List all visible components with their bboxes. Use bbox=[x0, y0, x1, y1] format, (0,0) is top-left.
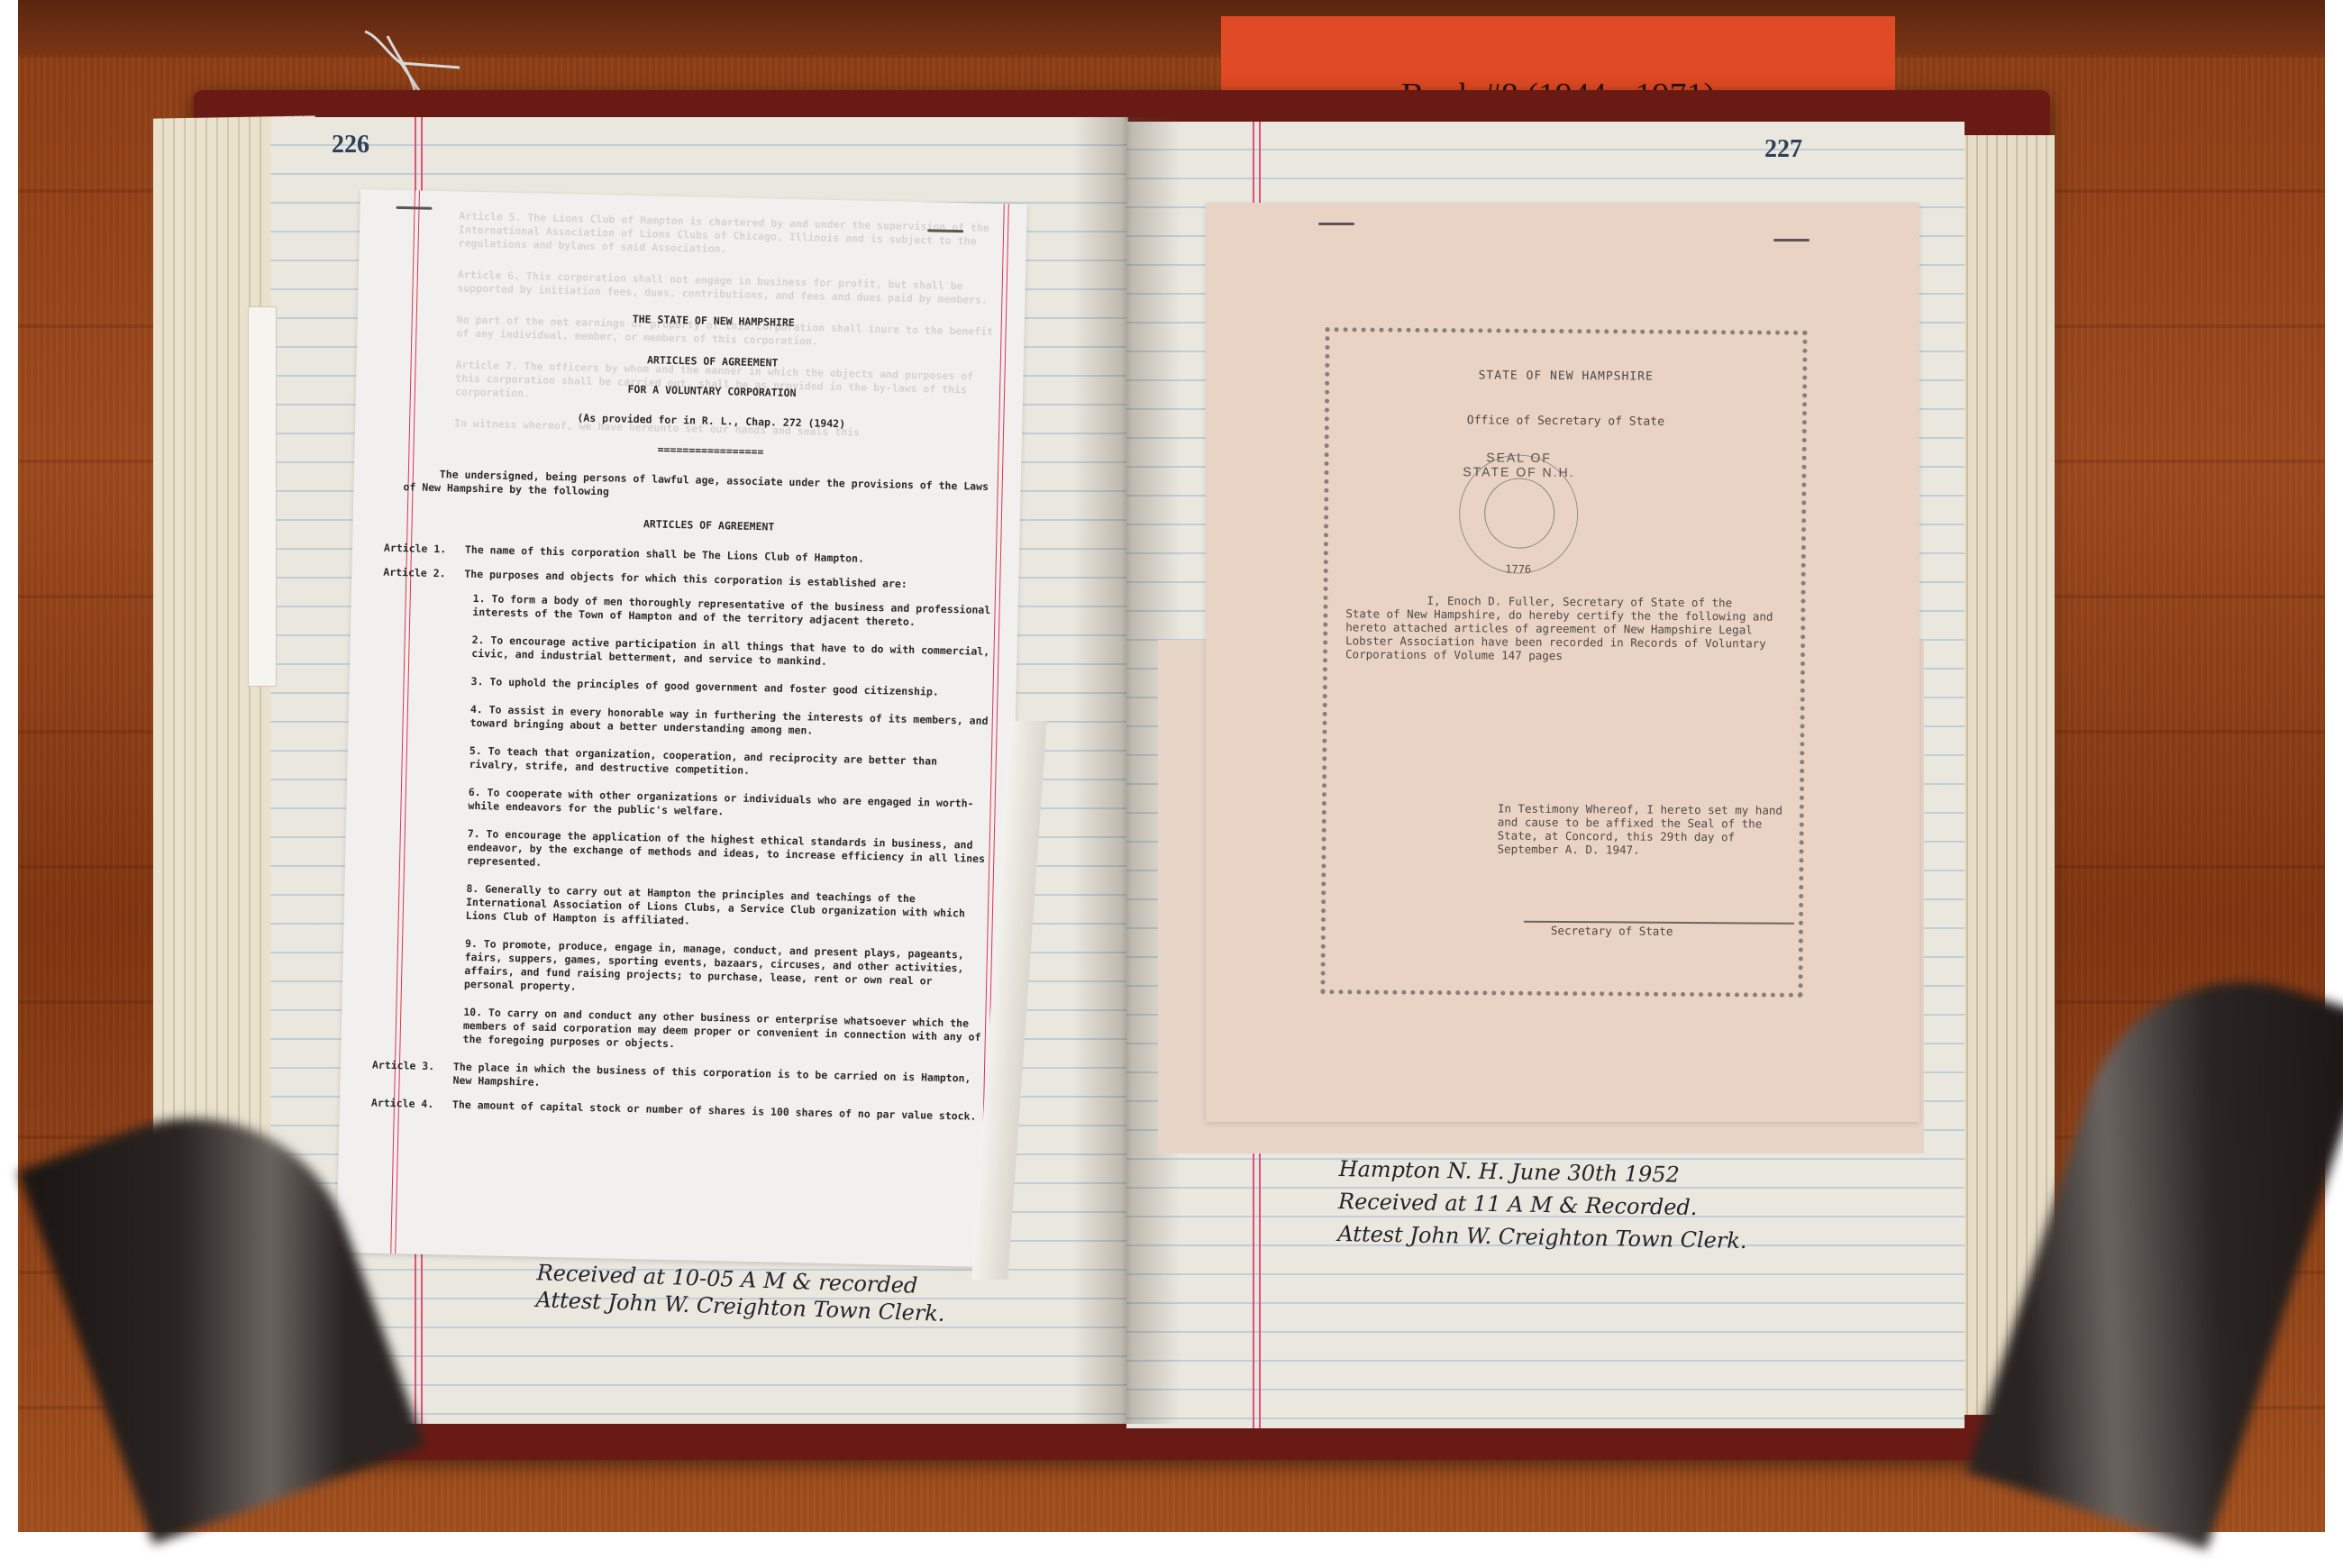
dotted-border: STATE OF NEW HAMPSHIRE Office of Secreta… bbox=[1320, 327, 1807, 998]
signature-label: Secretary of State bbox=[1551, 924, 1673, 938]
certificate-body: I, Enoch D. Fuller, Secretary of State o… bbox=[1345, 593, 1797, 663]
staple-mark bbox=[1773, 239, 1810, 242]
staple-mark bbox=[1318, 223, 1354, 225]
doc-heading: ARTICLES OF AGREEMENT bbox=[421, 513, 998, 540]
purpose-item: 7. To encourage the application of the h… bbox=[467, 827, 990, 880]
purpose-item: 4. To assist in every honorable way in f… bbox=[470, 703, 993, 742]
doc-heading: FOR A VOLUNTARY CORPORATION bbox=[424, 378, 1000, 406]
article-1: Article 1. The name of this corporation … bbox=[384, 542, 997, 569]
purpose-item: 9. To promote, produce, engage in, manag… bbox=[464, 937, 988, 1003]
purpose-item: 8. Generally to carry out at Hampton the… bbox=[466, 882, 989, 934]
purpose-item: 5. To teach that organization, cooperati… bbox=[469, 744, 992, 783]
doc-preamble: The undersigned, being persons of lawful… bbox=[403, 467, 998, 507]
state-seal-icon: SEAL OF STATE OF N.H. 1776 bbox=[1459, 454, 1579, 574]
paper-clip-icon bbox=[360, 27, 469, 99]
purpose-item: 6. To cooperate with other organizations… bbox=[468, 786, 991, 825]
secretary-of-state-certificate: STATE OF NEW HAMPSHIRE Office of Secreta… bbox=[1206, 203, 1919, 1122]
staple-mark bbox=[397, 206, 433, 210]
doc-separator: ================= bbox=[422, 438, 998, 465]
article-4: Article 4. The amount of capital stock o… bbox=[371, 1097, 984, 1124]
purpose-item: 3. To uphold the principles of good gove… bbox=[470, 675, 993, 700]
purpose-item: 2. To encourage active participation in … bbox=[471, 634, 995, 672]
articles-of-agreement-document: Article 5. The Lions Club of Hampton is … bbox=[336, 189, 1027, 1267]
article-2: Article 2. The purposes and objects for … bbox=[383, 566, 996, 593]
doc-heading: ARTICLES OF AGREEMENT bbox=[424, 349, 1001, 376]
document-body: THE STATE OF NEW HAMPSHIRE ARTICLES OF A… bbox=[407, 308, 1002, 1135]
paper-tab bbox=[248, 306, 277, 687]
wooden-table: Book #8 (1944 - 1971) 226 227 Article 5.… bbox=[18, 0, 2325, 1532]
page-number: 227 bbox=[1764, 135, 1802, 164]
certificate-title: STATE OF NEW HAMPSHIRE bbox=[1329, 368, 1802, 385]
certificate-subtitle: Office of Secretary of State bbox=[1329, 413, 1802, 430]
purpose-item: 1. To form a body of men thoroughly repr… bbox=[472, 592, 996, 631]
article-3: Article 3. The place in which the busine… bbox=[371, 1059, 985, 1099]
doc-heading: (As provided for in R. L., Chap. 272 (19… bbox=[423, 408, 999, 435]
purpose-item: 10. To carry on and conduct any other bu… bbox=[462, 1006, 986, 1058]
handwritten-note-right: Hampton N. H. June 30th 1952 Received at… bbox=[1337, 1153, 1748, 1257]
certificate-testimony: In Testimony Whereof, I hereto set my ha… bbox=[1498, 801, 1795, 857]
page-number: 226 bbox=[332, 131, 369, 160]
